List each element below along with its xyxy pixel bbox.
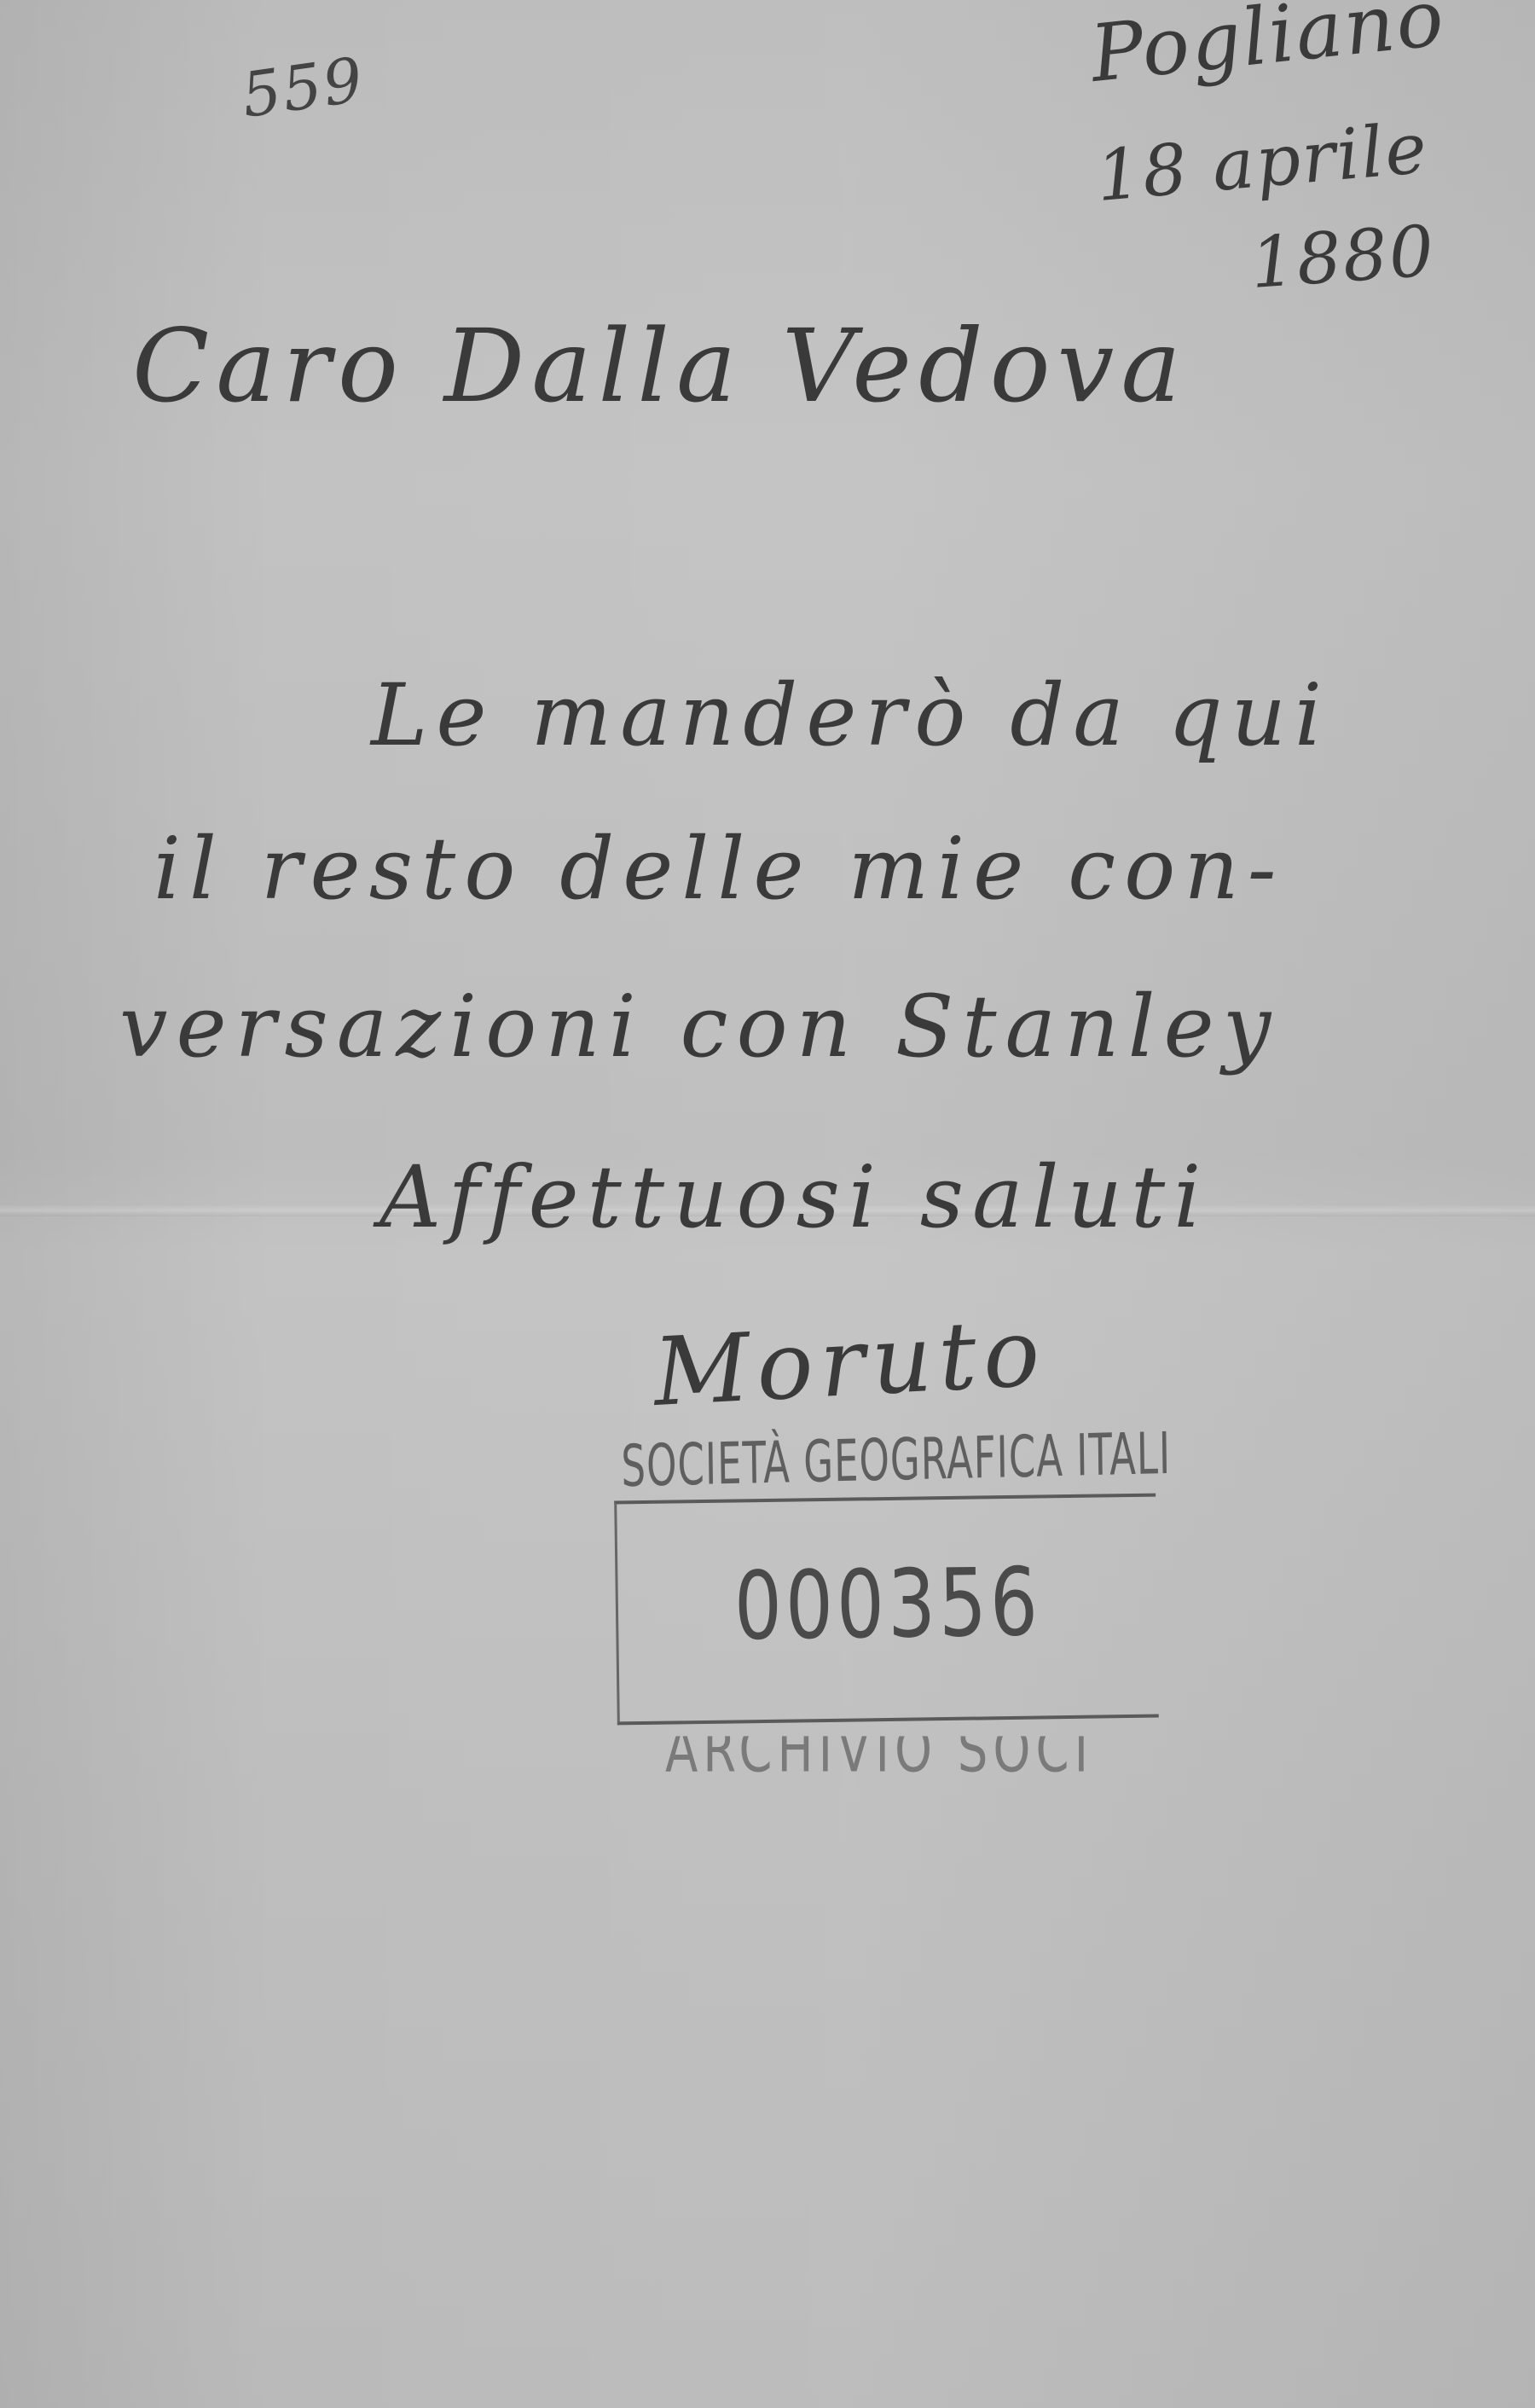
body-line-1: Le manderò da qui [371,665,1330,765]
letter-date: 18 aprile [1093,107,1432,218]
archive-stamp: 000356 [614,1494,1159,1726]
body-line-3: versazioni con Stanley [119,977,1279,1076]
closing-line: Affettuosi saluti [379,1147,1209,1247]
stamp-archive-label: ARCHIVIO SOCI [665,1715,1093,1787]
letter-page: 559 Pogliano 18 aprile 1880 Caro Dalla V… [0,0,1535,2408]
salutation: Caro Dalla Vedova [132,307,1188,425]
stamp-society-name: SOCIETÀ GEOGRAFICA ITALI [621,1420,1172,1500]
stamp-number: 000356 [617,1546,1158,1663]
archive-number: 559 [237,44,368,131]
body-line-2: il resto delle mie con- [153,819,1285,919]
signature: Moruto [651,1297,1049,1427]
letter-year: 1880 [1248,211,1438,305]
letter-place: Pogliano [1086,0,1450,100]
